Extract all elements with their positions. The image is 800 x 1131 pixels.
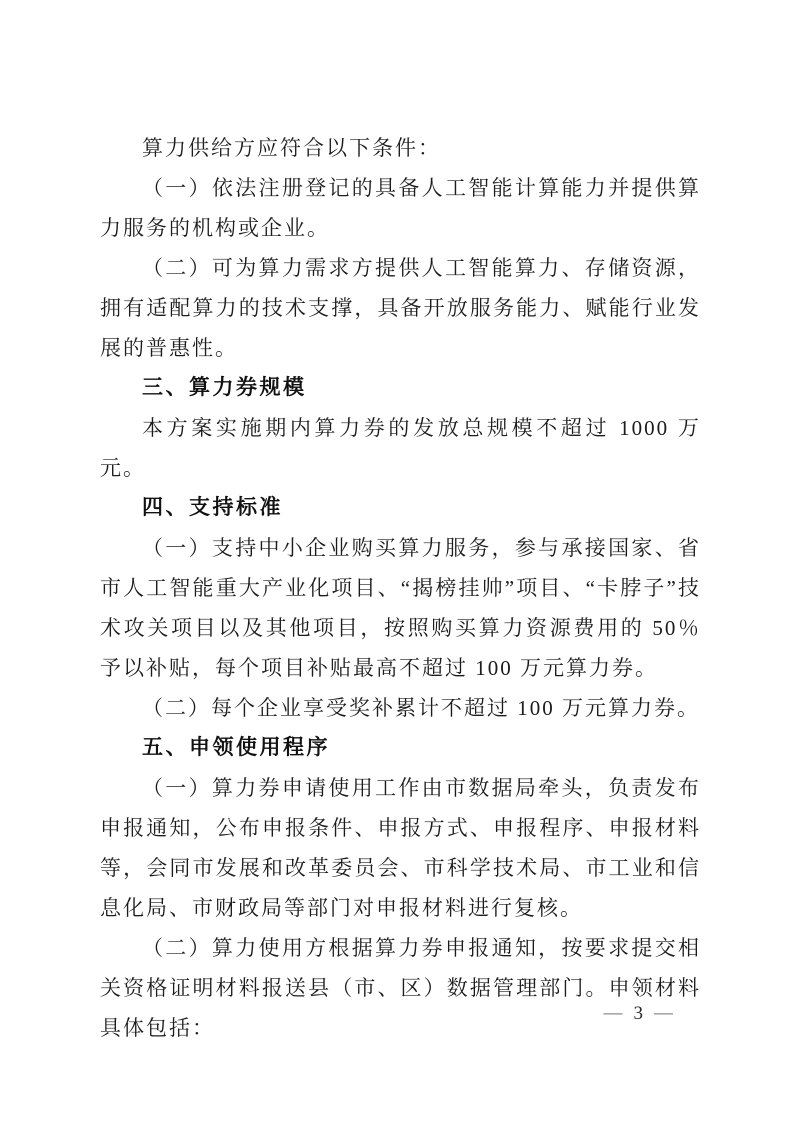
section-heading: 四、支持标准 <box>100 488 701 528</box>
body-paragraph: （一）支持中小企业购买算力服务，参与承接国家、省市人工智能重大产业化项目、“揭榜… <box>100 528 701 688</box>
body-paragraph: （一）依法注册登记的具备人工智能计算能力并提供算力服务的机构或企业。 <box>100 168 701 248</box>
page-number-right-dash: — <box>643 1003 684 1024</box>
body-paragraph: （二）算力使用方根据算力券申报通知，按要求提交相关资格证明材料报送县（市、区）数… <box>100 928 701 1048</box>
section-heading: 三、算力券规模 <box>100 368 701 408</box>
body-paragraph: （二）可为算力需求方提供人工智能算力、存储资源，拥有适配算力的技术支撑，具备开放… <box>100 248 701 368</box>
body-paragraph: （一）算力券申请使用工作由市数据局牵头，负责发布申报通知，公布申报条件、申报方式… <box>100 768 701 928</box>
document-page: 算力供给方应符合以下条件：（一）依法注册登记的具备人工智能计算能力并提供算力服务… <box>0 0 800 1131</box>
document-body: 算力供给方应符合以下条件：（一）依法注册登记的具备人工智能计算能力并提供算力服务… <box>100 128 701 1048</box>
page-number-left-dash: — <box>593 1003 634 1024</box>
page-number: —3— <box>593 1002 685 1026</box>
body-paragraph: （二）每个企业享受奖补累计不超过 100 万元算力券。 <box>100 688 701 728</box>
body-paragraph: 算力供给方应符合以下条件： <box>100 128 701 168</box>
page-number-value: 3 <box>634 1003 644 1024</box>
body-paragraph: 本方案实施期内算力券的发放总规模不超过 1000 万元。 <box>100 408 701 488</box>
section-heading: 五、申领使用程序 <box>100 728 701 768</box>
